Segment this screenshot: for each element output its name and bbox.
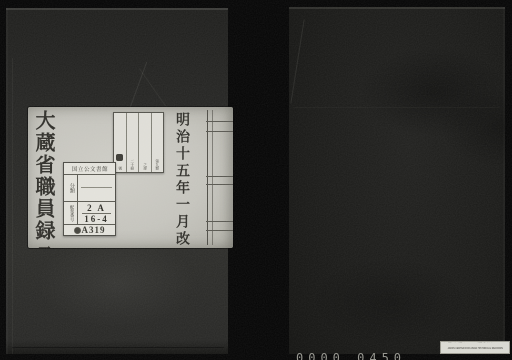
date-label-vertical: 明治十五年一月改 xyxy=(172,112,192,236)
scan-shadow xyxy=(309,257,469,347)
field-label: 配架番号 xyxy=(68,205,72,222)
scan-highlight xyxy=(36,238,196,328)
book-title-vertical: 大蔵省職員録一 xyxy=(30,110,59,248)
field-label-cell: 分類 xyxy=(64,175,78,201)
watermark-line2: JAPAN CENTER FOR ASIAN HISTORICAL RECORD… xyxy=(447,347,502,349)
field-value-cell: 2 A 16-4 xyxy=(78,202,115,224)
field-label-cell: 配架番号 xyxy=(64,202,78,224)
scan-shadow xyxy=(359,47,505,137)
film-scratch xyxy=(290,19,304,103)
binding-stitch xyxy=(206,221,233,222)
binding-stitch xyxy=(206,230,233,231)
binding-stitch xyxy=(206,176,233,177)
scan-shadow xyxy=(439,87,505,167)
right-page-scan xyxy=(289,7,505,354)
page-fold-line xyxy=(12,58,13,354)
shelf-number-line1: 2 A xyxy=(87,203,106,213)
class-column: 之部 xyxy=(138,113,151,172)
scan-band xyxy=(293,107,499,108)
page-edge-line xyxy=(12,347,224,348)
field-label: 分類 xyxy=(68,183,73,193)
classification-label: 第九類 之部 二十冊 號 xyxy=(113,112,164,173)
archive-label-header: 国立公文書館 xyxy=(64,163,115,175)
scan-viewport: 大蔵省職員録一 明治十五年一月改 第九類 之部 二十冊 號 国立公文書館 分類 xyxy=(0,0,512,360)
class-column-text: 第九類 xyxy=(155,159,159,170)
class-column-text: 二十冊 xyxy=(130,159,134,170)
institution-name: 国立公文書館 xyxy=(71,164,107,172)
class-column: 二十冊 xyxy=(126,113,139,172)
stamp-mark xyxy=(116,154,123,161)
volume-marker: 一 xyxy=(37,242,51,254)
binding-stitch xyxy=(206,131,233,132)
blank-writing-line xyxy=(81,187,112,188)
shelf-number-row: 配架番号 2 A 16-4 xyxy=(64,202,115,225)
binding-stitch xyxy=(206,184,233,185)
archive-catalog-label: 国立公文書館 分類 配架番号 2 A 16-4 A319 xyxy=(63,162,116,236)
frame-counter-digits: 0000 0450 xyxy=(296,351,406,360)
class-column-text: 號 xyxy=(118,166,122,170)
jacar-watermark: 国立公文書館 アジア歴史資料センター JAPAN CENTER FOR ASIA… xyxy=(440,341,510,354)
class-column-text: 之部 xyxy=(143,163,147,170)
class-column: 第九類 xyxy=(151,113,164,172)
catalog-number-row: A319 xyxy=(64,225,115,235)
watermark-line1: 国立公文書館 アジア歴史資料センター xyxy=(444,341,506,342)
field-value-cell xyxy=(78,175,115,201)
circled-stamp-icon xyxy=(74,227,81,234)
binding-stitch xyxy=(206,121,233,122)
book-title-text: 大蔵省職員録 xyxy=(32,110,56,242)
classification-row: 分類 xyxy=(64,175,115,202)
catalog-number: A319 xyxy=(82,225,106,235)
shelf-number-line2: 16-4 xyxy=(84,214,109,224)
